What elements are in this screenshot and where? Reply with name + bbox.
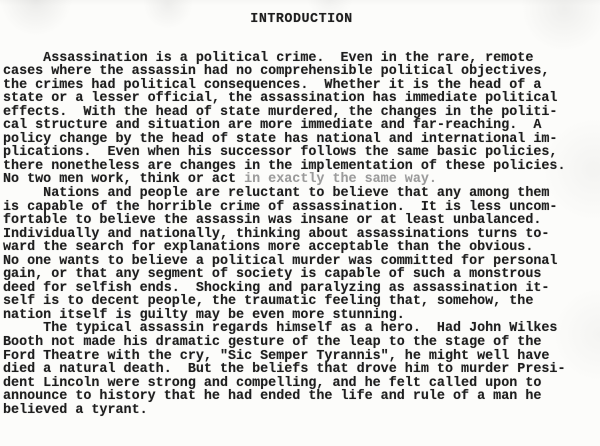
text-line: Individually and nationally, thinking ab… bbox=[3, 228, 600, 242]
text-line: nation itself is guilty may be even more… bbox=[3, 309, 600, 323]
text-line: The typical assassin regards himself as … bbox=[3, 322, 600, 336]
text-line: No two men work, think or act in exactly… bbox=[3, 173, 600, 187]
text-line: self is to decent people, the traumatic … bbox=[3, 295, 600, 309]
text-line: policy change by the head of state has n… bbox=[3, 133, 600, 147]
text-line: Assassination is a political crime. Even… bbox=[3, 52, 600, 66]
text-line: ward the search for explanations more ac… bbox=[3, 241, 600, 255]
text-line: Nations and people are reluctant to beli… bbox=[3, 187, 600, 201]
text-line: announce to history that he had ended th… bbox=[3, 390, 600, 404]
text-line: the crimes had political consequences. W… bbox=[3, 79, 600, 93]
text-line: effects. With the head of state murdered… bbox=[3, 106, 600, 120]
paragraph-2: Nations and people are reluctant to beli… bbox=[3, 187, 600, 322]
text-line: there nonetheless are changes in the imp… bbox=[3, 160, 600, 174]
text-line: No one wants to believe a political murd… bbox=[3, 255, 600, 269]
text-line: Booth not made his dramatic gesture of t… bbox=[3, 336, 600, 350]
text-line: dent Lincoln were strong and compelling,… bbox=[3, 377, 600, 391]
paragraph-1: Assassination is a political crime. Even… bbox=[3, 52, 600, 187]
text-line: state or a lesser official, the assassin… bbox=[3, 92, 600, 106]
text-line: fortable to believe the assassin was ins… bbox=[3, 214, 600, 228]
text-line: cal structure and situation are more imm… bbox=[3, 119, 600, 133]
text-line: is capable of the horrible crime of assa… bbox=[3, 201, 600, 215]
text-line: Ford Theatre with the cry, "Sic Semper T… bbox=[3, 350, 600, 364]
text-line: gain, or that any segment of society is … bbox=[3, 268, 600, 282]
text-line: cases where the assassin had no comprehe… bbox=[3, 65, 600, 79]
text-line: deed for selfish ends. Shocking and para… bbox=[3, 282, 600, 296]
page-title: INTRODUCTION bbox=[3, 13, 600, 27]
document-page: INTRODUCTION Assassination is a politica… bbox=[0, 0, 600, 446]
text-line: plications. Even when his successor foll… bbox=[3, 146, 600, 160]
text-line: died a natural death. But the beliefs th… bbox=[3, 363, 600, 377]
paragraph-3: The typical assassin regards himself as … bbox=[3, 322, 600, 417]
text-line: believed a tyrant. bbox=[3, 404, 600, 418]
